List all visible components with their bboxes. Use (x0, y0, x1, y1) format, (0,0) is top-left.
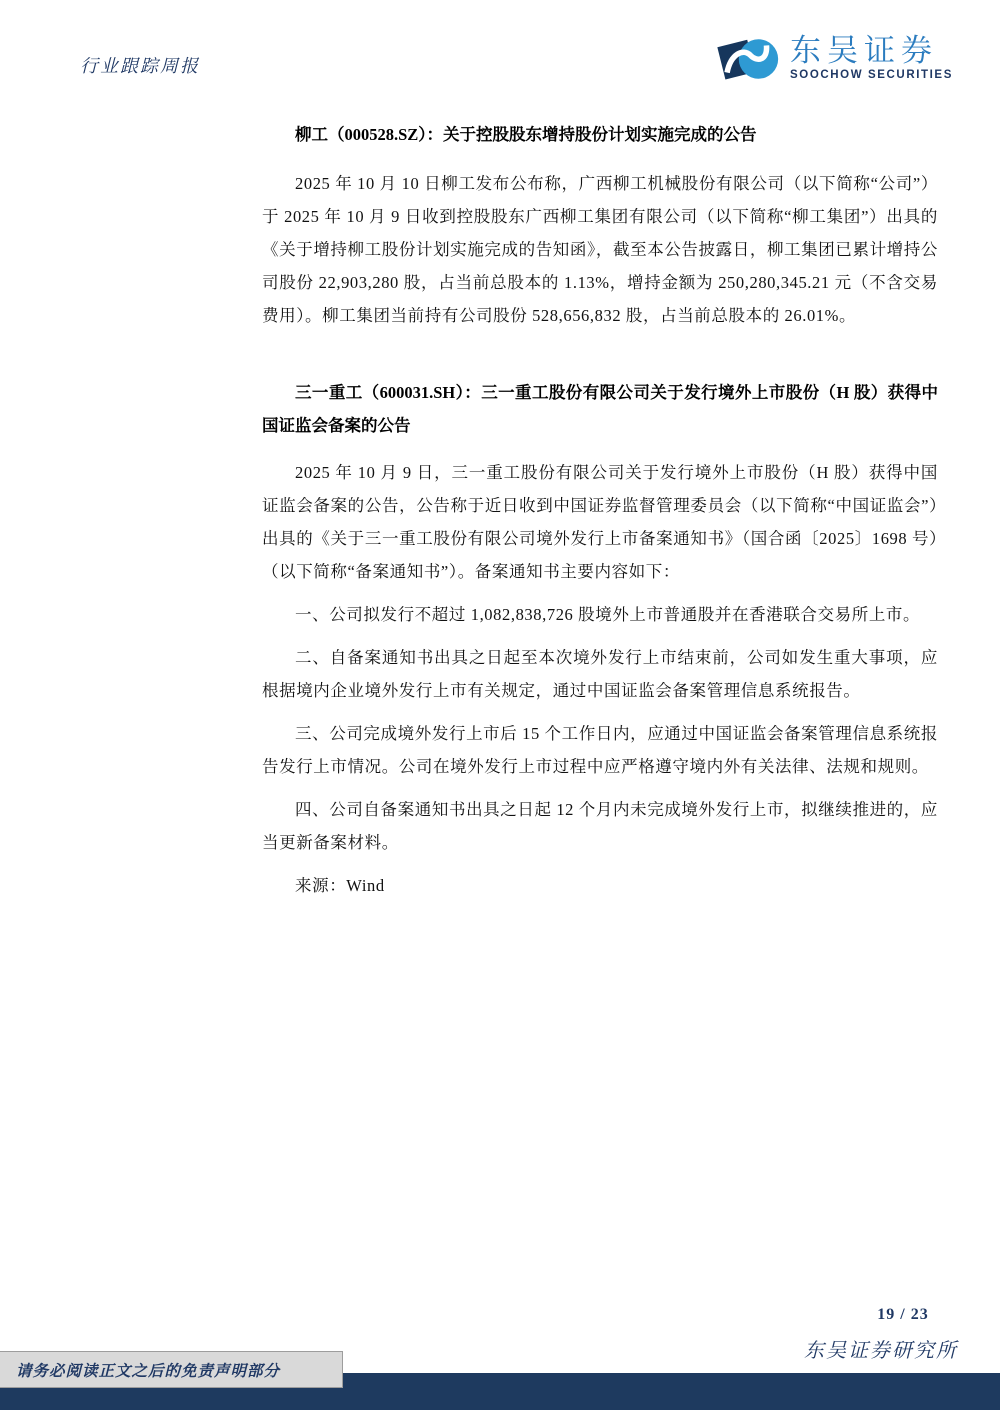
logo-name-cn: 东吴证券 (790, 34, 953, 67)
logo-name-en: SOOCHOW SECURITIES (790, 69, 953, 81)
section-heading-liugong: 柳工（000528.SZ）：关于控股股东增持股份计划实施完成的公告 (262, 118, 938, 151)
paragraph-liugong-announcement: 2025 年 10 月 10 日柳工发布公布称，广西柳工机械股份有限公司（以下简… (262, 167, 938, 332)
report-page: 行业跟踪周报 东吴证券 SOOCHOW SECURITIES 柳工（000528… (0, 0, 1000, 1414)
paragraph-sany-item-4: 四、公司自备案通知书出具之日起 12 个月内未完成境外发行上市，拟继续推进的，应… (262, 793, 938, 859)
page-number: 19 / 23 (858, 1306, 948, 1324)
soochow-logo-icon (716, 34, 780, 84)
paragraph-sany-item-3: 三、公司完成境外发行上市后 15 个工作日内，应通过中国证监会备案管理信息系统报… (262, 717, 938, 783)
section-heading-sany: 三一重工（600031.SH）：三一重工股份有限公司关于发行境外上市股份（H 股… (262, 376, 938, 442)
soochow-logo: 东吴证券 SOOCHOW SECURITIES (716, 34, 953, 84)
disclaimer-text: 请务必阅读正文之后的免责声明部分 (16, 1359, 280, 1381)
research-institute-label: 东吴证券研究所 (804, 1334, 958, 1363)
paragraph-sany-intro: 2025 年 10 月 9 日，三一重工股份有限公司关于发行境外上市股份（H 股… (262, 456, 938, 588)
paragraph-sany-item-1: 一、公司拟发行不超过 1,082,838,726 股境外上市普通股并在香港联合交… (262, 598, 938, 631)
document-body: 柳工（000528.SZ）：关于控股股东增持股份计划实施完成的公告 2025 年… (262, 118, 938, 912)
paragraph-sany-item-2: 二、自备案通知书出具之日起至本次境外发行上市结束前，公司如发生重大事项，应根据境… (262, 641, 938, 707)
report-type-label: 行业跟踪周报 (80, 52, 200, 78)
logo-text: 东吴证券 SOOCHOW SECURITIES (790, 34, 953, 81)
source-line: 来源：Wind (262, 869, 938, 902)
disclaimer-box: 请务必阅读正文之后的免责声明部分 (0, 1351, 343, 1388)
